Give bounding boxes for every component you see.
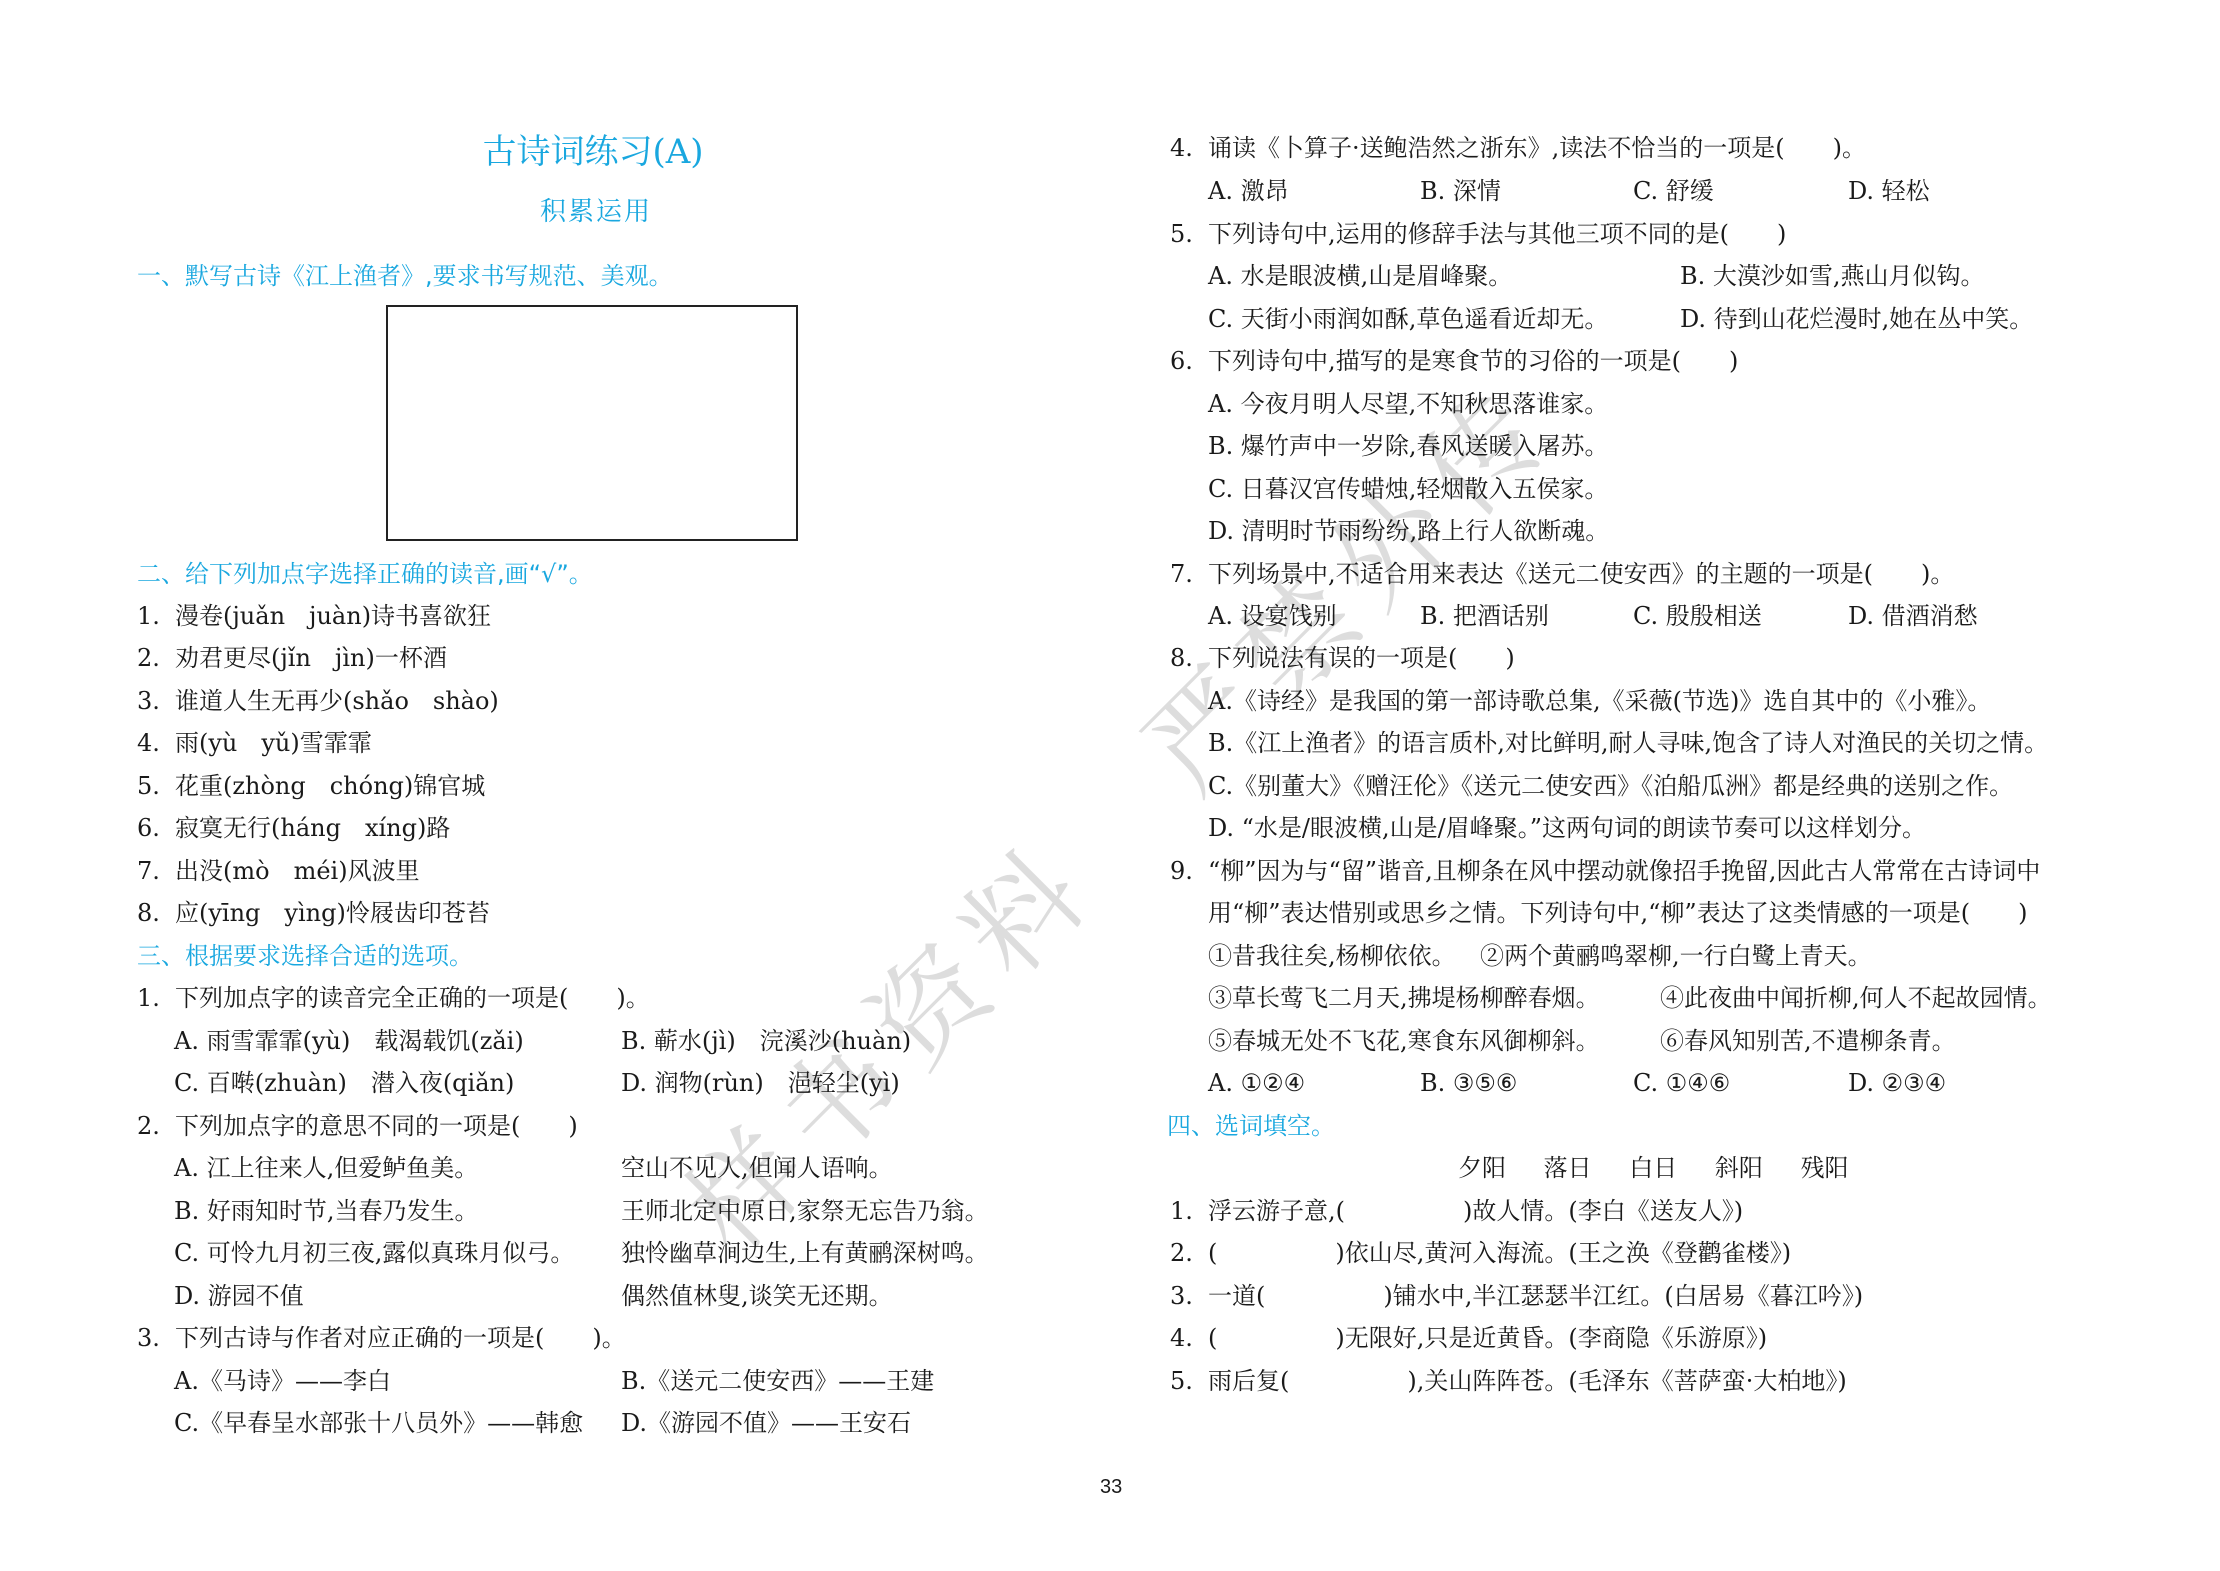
question-number: 5.: [1170, 219, 1193, 249]
pinyin-item[interactable]: 应(yīng yìng)怜屐齿印苍苔: [175, 898, 490, 928]
option-a[interactable]: A.《诗经》是我国的第一部诗歌总集,《采薇(节选)》选自其中的《小雅》。: [1208, 686, 1991, 716]
text-before: (: [1208, 1239, 1217, 1267]
section-3-heading: 三、根据要求选择合适的选项。: [137, 941, 473, 971]
option-a[interactable]: A. 雨雪霏霏(yù) 载渴载饥(zǎi): [174, 1026, 524, 1056]
option-d[interactable]: D. 游园不值: [174, 1281, 304, 1311]
writing-box[interactable]: [386, 305, 798, 541]
option-b[interactable]: B. 爆竹声中一岁除,春风送暖入屠苏。: [1208, 431, 1609, 461]
question-number: 2.: [137, 1111, 160, 1141]
option-a[interactable]: A. 今夜月明人尽望,不知秋思落谁家。: [1208, 389, 1608, 419]
option-c[interactable]: C. 天街小雨润如酥,草色遥看近却无。: [1208, 304, 1608, 334]
option-d[interactable]: D. 轻松: [1848, 176, 1930, 206]
verse-3: ③草长莺飞二月天,拂堤杨柳醉春烟。: [1208, 983, 1600, 1013]
item-number: 4.: [1170, 1323, 1193, 1353]
option-b[interactable]: B. 深情: [1420, 176, 1501, 206]
option-c[interactable]: C. ①④⑥: [1633, 1068, 1730, 1098]
question-stem: 下列说法有误的一项是( ): [1208, 643, 1515, 673]
option-c[interactable]: C. 殷殷相送: [1633, 601, 1762, 631]
item-number: 2.: [137, 643, 160, 673]
fill-blank-item: ()无限好,只是近黄昏。(李商隐《乐游原》): [1208, 1323, 1767, 1353]
option-d-compare: 偶然值林叟,谈笑无还期。: [621, 1281, 893, 1311]
question-number: 9.: [1170, 856, 1193, 886]
option-c-compare: 独怜幽草涧边生,上有黄鹂深树鸣。: [621, 1238, 989, 1268]
option-c[interactable]: C. 日暮汉宫传蜡烛,轻烟散入五侯家。: [1208, 474, 1608, 504]
text-after: )铺水中,半江瑟瑟半江红。(白居易《暮江吟》): [1383, 1282, 1863, 1310]
word-bank-item: 白日: [1629, 1154, 1677, 1182]
page-title: 古诗词练习(A): [482, 132, 703, 172]
question-stem: 下列场景中,不适合用来表达《送元二使安西》的主题的一项是( )。: [1208, 559, 1954, 589]
option-d[interactable]: D. 待到山花烂漫时,她在丛中笑。: [1680, 304, 2033, 334]
option-d[interactable]: D. 清明时节雨纷纷,路上行人欲断魂。: [1208, 516, 1609, 546]
verse-2: ②两个黄鹂鸣翠柳,一行白鹭上青天。: [1480, 941, 1872, 971]
option-d[interactable]: D.《游园不值》——王安石: [621, 1408, 911, 1438]
item-number: 5.: [1170, 1366, 1193, 1396]
item-number: 3.: [1170, 1281, 1193, 1311]
text-before: (: [1208, 1324, 1217, 1352]
fill-blank-item: 浮云游子意,()故人情。(李白《送友人》): [1208, 1196, 1743, 1226]
fill-blank-item: 一道()铺水中,半江瑟瑟半江红。(白居易《暮江吟》): [1208, 1281, 1863, 1311]
option-c[interactable]: C.《别董大》《赠汪伦》《送元二使安西》《泊船瓜洲》都是经典的送别之作。: [1208, 771, 2013, 801]
text-before: 浮云游子意,(: [1208, 1197, 1345, 1225]
option-b[interactable]: B. ③⑤⑥: [1420, 1068, 1517, 1098]
verse-5: ⑤春城无处不飞花,寒食东风御柳斜。: [1208, 1026, 1600, 1056]
option-d[interactable]: D. 润物(rùn) 浥轻尘(yì): [621, 1068, 900, 1098]
section-1-heading: 一、默写古诗《江上渔者》,要求书写规范、美观。: [137, 261, 673, 291]
option-a-compare: 空山不见人,但闻人语响。: [621, 1153, 893, 1183]
item-number: 7.: [137, 856, 160, 886]
verse-6: ⑥春风知别苦,不遣柳条青。: [1660, 1026, 1956, 1056]
question-stem: 下列古诗与作者对应正确的一项是( )。: [175, 1323, 626, 1353]
option-b[interactable]: B. 把酒话别: [1420, 601, 1549, 631]
text-before: 一道(: [1208, 1282, 1265, 1310]
option-a[interactable]: A. 水是眼波横,山是眉峰聚。: [1208, 261, 1512, 291]
pinyin-item[interactable]: 花重(zhòng chóng)锦官城: [175, 771, 485, 801]
question-number: 3.: [137, 1323, 160, 1353]
option-d[interactable]: D. ②③④: [1848, 1068, 1946, 1098]
pinyin-item[interactable]: 雨(yù yǔ)雪霏霏: [175, 728, 372, 758]
item-number: 6.: [137, 813, 160, 843]
pinyin-item[interactable]: 漫卷(juǎn juàn)诗书喜欲狂: [175, 601, 491, 631]
text-after: )依山尽,黄河入海流。(王之涣《登鹳雀楼》): [1335, 1239, 1791, 1267]
word-bank-item: 落日: [1544, 1154, 1592, 1182]
question-stem: 下列加点字的读音完全正确的一项是( )。: [175, 983, 650, 1013]
word-bank-item: 残阳: [1801, 1154, 1849, 1182]
option-b-compare: 王师北定中原日,家祭无忘告乃翁。: [621, 1196, 989, 1226]
fill-blank-item: ()依山尽,黄河入海流。(王之涣《登鹳雀楼》): [1208, 1238, 1791, 1268]
question-stem: 下列诗句中,描写的是寒食节的习俗的一项是( ): [1208, 346, 1738, 376]
item-number: 4.: [137, 728, 160, 758]
option-b[interactable]: B. 蕲水(jì) 浣溪沙(huàn): [621, 1026, 911, 1056]
question-number: 7.: [1170, 559, 1193, 589]
option-d[interactable]: D. “水是/眼波横,山是/眉峰聚。”这两句词的朗读节奏可以这样划分。: [1208, 813, 1926, 843]
page-number: 33: [1100, 1476, 1122, 1499]
item-number: 5.: [137, 771, 160, 801]
option-a[interactable]: A. 激昂: [1208, 176, 1289, 206]
question-number: 1.: [137, 983, 160, 1013]
page-subtitle: 积累运用: [540, 197, 652, 227]
worksheet-page: 样书资料 严禁外传 古诗词练习(A) 积累运用 一、默写古诗《江上渔者》,要求书…: [0, 0, 2220, 1571]
question-stem: 下列诗句中,运用的修辞手法与其他三项不同的是( ): [1208, 219, 1786, 249]
section-2-heading: 二、给下列加点字选择正确的读音,画“√”。: [137, 559, 593, 589]
text-after: )无限好,只是近黄昏。(李商隐《乐游原》): [1335, 1324, 1767, 1352]
pinyin-item[interactable]: 劝君更尽(jǐn jìn)一杯酒: [175, 643, 447, 673]
question-stem: 下列加点字的意思不同的一项是( ): [175, 1111, 578, 1141]
option-a[interactable]: A. 江上往来人,但爱鲈鱼美。: [174, 1153, 478, 1183]
text-before: 雨后复(: [1208, 1367, 1289, 1395]
text-after: )故人情。(李白《送友人》): [1463, 1197, 1743, 1225]
word-bank: 夕阳 落日 白日 斜阳 残阳: [1458, 1153, 1879, 1183]
word-bank-item: 斜阳: [1715, 1154, 1763, 1182]
option-d[interactable]: D. 借酒消愁: [1848, 601, 1978, 631]
option-b[interactable]: B. 好雨知时节,当春乃发生。: [174, 1196, 479, 1226]
option-c[interactable]: C. 舒缓: [1633, 176, 1714, 206]
question-stem-continued: 用“柳”表达惜别或思乡之情。下列诗句中,“柳”表达了这类情感的一项是( ): [1208, 898, 2027, 928]
item-number: 1.: [1170, 1196, 1193, 1226]
text-after: ),关山阵阵苍。(毛泽东《菩萨蛮·大柏地》): [1407, 1367, 1846, 1395]
fill-blank-item: 雨后复(),关山阵阵苍。(毛泽东《菩萨蛮·大柏地》): [1208, 1366, 1847, 1396]
option-b[interactable]: B.《江上渔者》的语言质朴,对比鲜明,耐人寻味,饱含了诗人对渔民的关切之情。: [1208, 728, 2048, 758]
question-number: 4.: [1170, 133, 1193, 163]
option-c[interactable]: C. 百啭(zhuàn) 潜入夜(qiǎn): [174, 1068, 514, 1098]
pinyin-item[interactable]: 出没(mò méi)风波里: [175, 856, 420, 886]
section-4-heading: 四、选词填空。: [1167, 1111, 1335, 1141]
option-a[interactable]: A. 设宴饯别: [1208, 601, 1337, 631]
item-number: 8.: [137, 898, 160, 928]
question-number: 8.: [1170, 643, 1193, 673]
question-stem: “柳”因为与“留”谐音,且柳条在风中摆动就像招手挽留,因此古人常常在古诗词中: [1208, 856, 2040, 886]
item-number: 1.: [137, 601, 160, 631]
option-c[interactable]: C.《早春呈水部张十八员外》——韩愈: [174, 1408, 583, 1438]
question-stem: 诵读《卜算子·送鲍浩然之浙东》,读法不恰当的一项是( )。: [1208, 133, 1866, 163]
word-bank-item: 夕阳: [1458, 1154, 1506, 1182]
option-c[interactable]: C. 可怜九月初三夜,露似真珠月似弓。: [174, 1238, 574, 1268]
pinyin-item[interactable]: 谁道人生无再少(shǎo shào): [175, 686, 499, 716]
item-number: 3.: [137, 686, 160, 716]
verse-1: ①昔我往矣,杨柳依依。: [1208, 941, 1456, 971]
pinyin-item[interactable]: 寂寞无行(háng xíng)路: [175, 813, 450, 843]
question-number: 6.: [1170, 346, 1193, 376]
verse-4: ④此夜曲中闻折柳,何人不起故园情。: [1660, 983, 2052, 1013]
option-a[interactable]: A.《马诗》——李白: [174, 1366, 391, 1396]
item-number: 2.: [1170, 1238, 1193, 1268]
option-a[interactable]: A. ①②④: [1208, 1068, 1305, 1098]
option-b[interactable]: B. 大漠沙如雪,燕山月似钩。: [1680, 261, 1985, 291]
option-b[interactable]: B.《送元二使安西》——王建: [621, 1366, 934, 1396]
